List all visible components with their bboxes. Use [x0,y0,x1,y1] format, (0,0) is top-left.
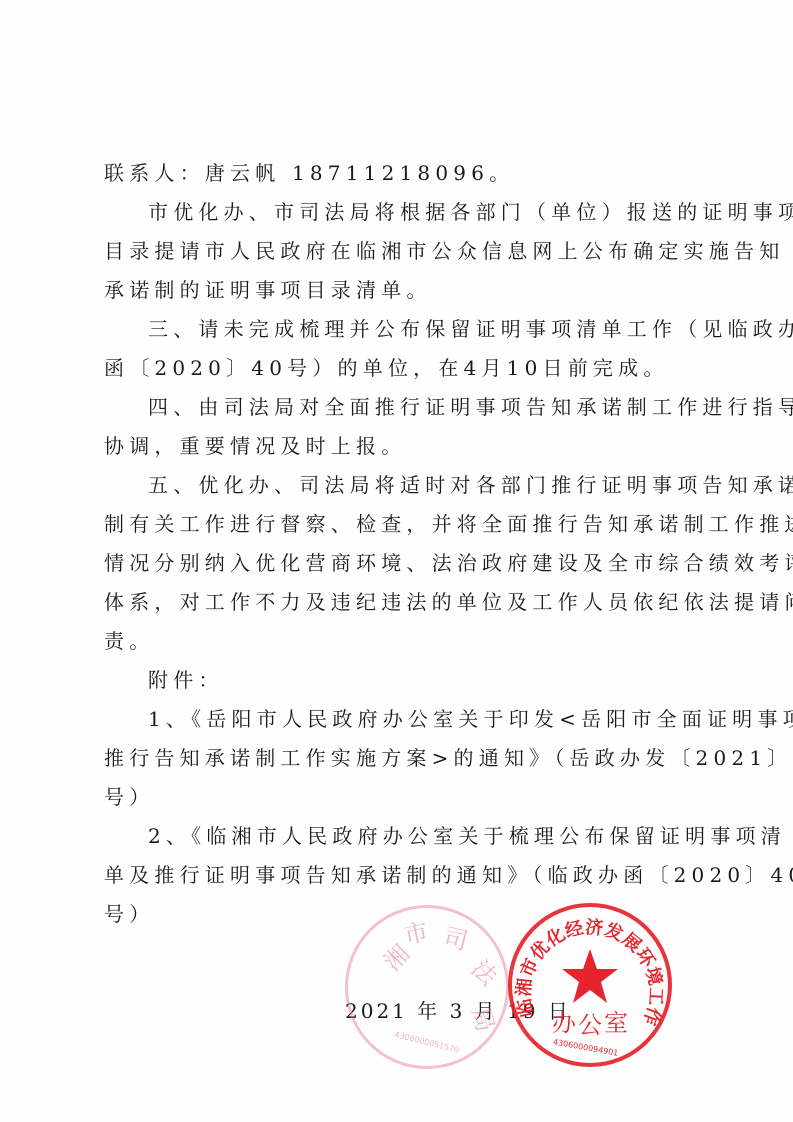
svg-text:局: 局 [466,1004,499,1034]
contact-line: 联系人：唐云帆 18711218096。 [104,154,696,193]
svg-text:公: 公 [578,1011,602,1039]
svg-text:4306000051570: 4306000051570 [394,1030,460,1055]
document-page: 联系人：唐云帆 18711218096。 市优化办、市司法局将根据各部门（单位）… [0,0,793,1122]
paragraph-line: 责。 [104,622,696,661]
svg-text:4306000094901: 4306000094901 [552,1038,619,1058]
paragraph-line: 函〔2020〕40号）的单位，在4月10日前完成。 [104,349,696,388]
svg-text:室: 室 [604,1009,628,1037]
justice-bureau-seal: 湘 市 司 法 局 4306000051570 [345,905,509,1069]
svg-text:办: 办 [552,1009,577,1037]
svg-text:市: 市 [401,917,430,949]
attachments-heading: 附件： [104,661,696,700]
attachment-item-1: 1、《岳阳市人民政府办公室关于印发<岳阳市全面证明事项 [104,700,696,739]
paragraph-line: 体系，对工作不力及违纪违法的单位及工作人员依纪依法提请问 [104,583,696,622]
paragraph-line: 协调，重要情况及时上报。 [104,427,696,466]
attachment-item-1-cont: 推行告知承诺制工作实施方案>的通知》（岳政办发〔2021〕5 [104,739,696,778]
svg-text:法: 法 [466,954,503,991]
paragraph-line: 情况分别纳入优化营商环境、法治政府建设及全市综合绩效考评 [104,544,696,583]
section-four-line: 四、由司法局对全面推行证明事项告知承诺制工作进行指导 [104,388,696,427]
paragraph-line: 目录提请市人民政府在临湘市公众信息网上公布确定实施告知 [104,232,696,271]
paragraph-line: 承诺制的证明事项目录清单。 [104,271,696,310]
section-three-line: 三、请未完成梳理并公布保留证明事项清单工作（见临政办 [104,310,696,349]
attachment-item-2-cont: 单及推行证明事项告知承诺制的通知》（临政办函〔2020〕40 [104,856,696,895]
attachment-item-2: 2、《临湘市人民政府办公室关于梳理公布保留证明事项清 [104,817,696,856]
optimization-office-seal: 临湘市优化经济发展环境工作 办 公 室 4306000094901 [508,903,672,1067]
document-body: 联系人：唐云帆 18711218096。 市优化办、市司法局将根据各部门（单位）… [104,154,696,934]
paragraph-line: 市优化办、市司法局将根据各部门（单位）报送的证明事项 [104,193,696,232]
star-icon [562,949,618,1003]
section-five-line: 五、优化办、司法局将适时对各部门推行证明事项告知承诺 [104,466,696,505]
paragraph-line: 制有关工作进行督察、检查，并将全面推行告知承诺制工作推进 [104,505,696,544]
attachment-item-1-cont: 号） [104,778,696,817]
svg-text:司: 司 [441,923,471,956]
seal-left-icon: 湘 市 司 法 局 4306000051570 [348,908,506,1066]
seal-right-icon: 临湘市优化经济发展环境工作 办 公 室 4306000094901 [512,907,668,1063]
